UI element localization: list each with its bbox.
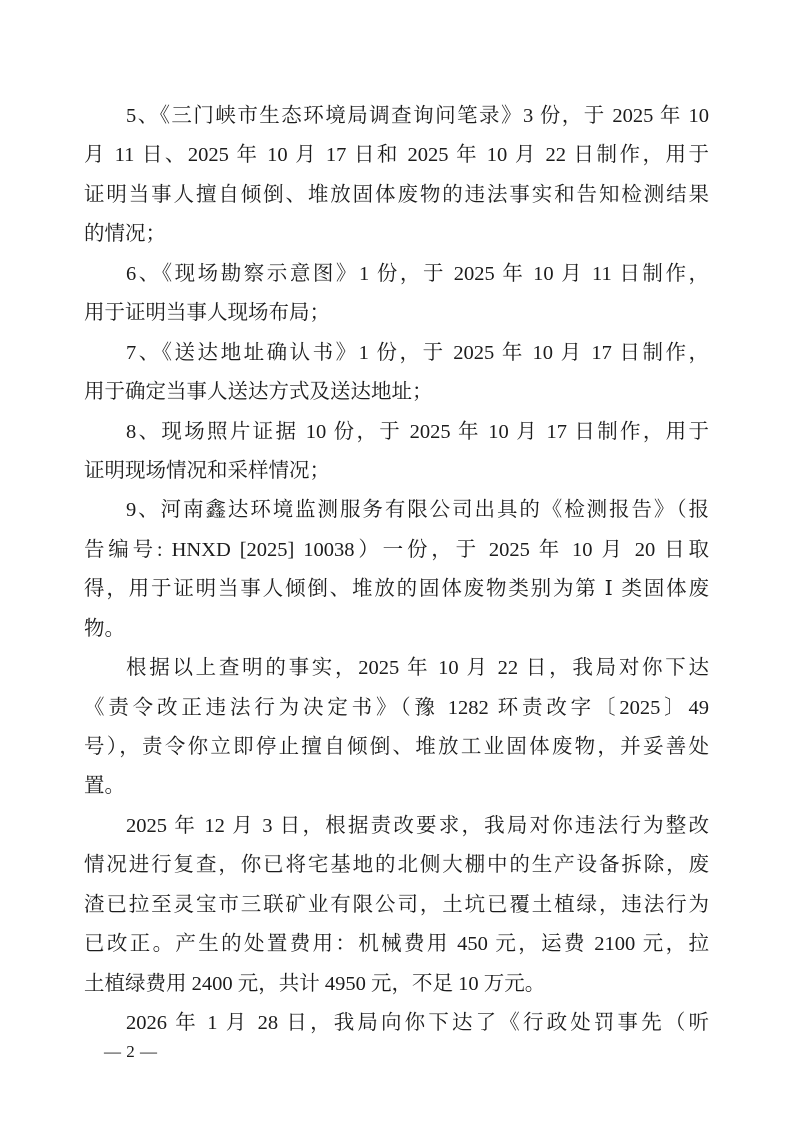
document-line: 渣已拉至灵宝市三联矿业有限公司，土坑已覆土植绿，违法行为 xyxy=(84,886,709,925)
document-line: 2025 年 12 月 3 日，根据责改要求，我局对你违法行为整改 xyxy=(84,807,709,846)
document-line: 6、《现场勘察示意图》1 份，于 2025 年 10 月 11 日制作， xyxy=(84,255,709,294)
document-line: 7、《送达地址确认书》1 份，于 2025 年 10 月 17 日制作， xyxy=(84,334,709,373)
document-line: 《责令改正违法行为决定书》（豫 1282 环责改字〔2025〕49 xyxy=(84,689,709,728)
document-line: 9、河南鑫达环境监测服务有限公司出具的《检测报告》（报 xyxy=(84,491,709,530)
document-line: 证明现场情况和采样情况； xyxy=(84,452,709,491)
document-line: 月 11 日、2025 年 10 月 17 日和 2025 年 10 月 22 … xyxy=(84,136,709,175)
document-body: 5、《三门峡市生态环境局调查询问笔录》3 份，于 2025 年 10月 11 日… xyxy=(84,97,709,1044)
document-line: 的情况； xyxy=(84,215,709,254)
document-line: 2026 年 1 月 28 日，我局向你下达了《行政处罚事先（听 xyxy=(84,1004,709,1043)
document-page: 5、《三门峡市生态环境局调查询问笔录》3 份，于 2025 年 10月 11 日… xyxy=(0,0,793,1122)
document-line: 情况进行复查，你已将宅基地的北侧大棚中的生产设备拆除，废 xyxy=(84,846,709,885)
document-line: 用于证明当事人现场布局； xyxy=(84,294,709,333)
document-line: 号），责令你立即停止擅自倾倒、堆放工业固体废物，并妥善处 xyxy=(84,728,709,767)
document-line: 得，用于证明当事人倾倒、堆放的固体废物类别为第 Ⅰ 类固体废 xyxy=(84,570,709,609)
document-line: 已改正。产生的处置费用：机械费用 450 元，运费 2100 元，拉 xyxy=(84,925,709,964)
document-line: 根据以上查明的事实，2025 年 10 月 22 日，我局对你下达 xyxy=(84,649,709,688)
document-line: 物。 xyxy=(84,610,709,649)
document-line: 告编号: HNXD [2025] 10038）一份，于 2025 年 10 月 … xyxy=(84,531,709,570)
document-line: 土植绿费用 2400 元，共计 4950 元，不足 10 万元。 xyxy=(84,965,709,1004)
document-line: 用于确定当事人送达方式及送达地址； xyxy=(84,373,709,412)
document-line: 证明当事人擅自倾倒、堆放固体废物的违法事实和告知检测结果 xyxy=(84,176,709,215)
document-line: 5、《三门峡市生态环境局调查询问笔录》3 份，于 2025 年 10 xyxy=(84,97,709,136)
page-number: — 2 — xyxy=(104,1041,158,1063)
document-line: 置。 xyxy=(84,767,709,806)
document-line: 8、现场照片证据 10 份，于 2025 年 10 月 17 日制作，用于 xyxy=(84,413,709,452)
